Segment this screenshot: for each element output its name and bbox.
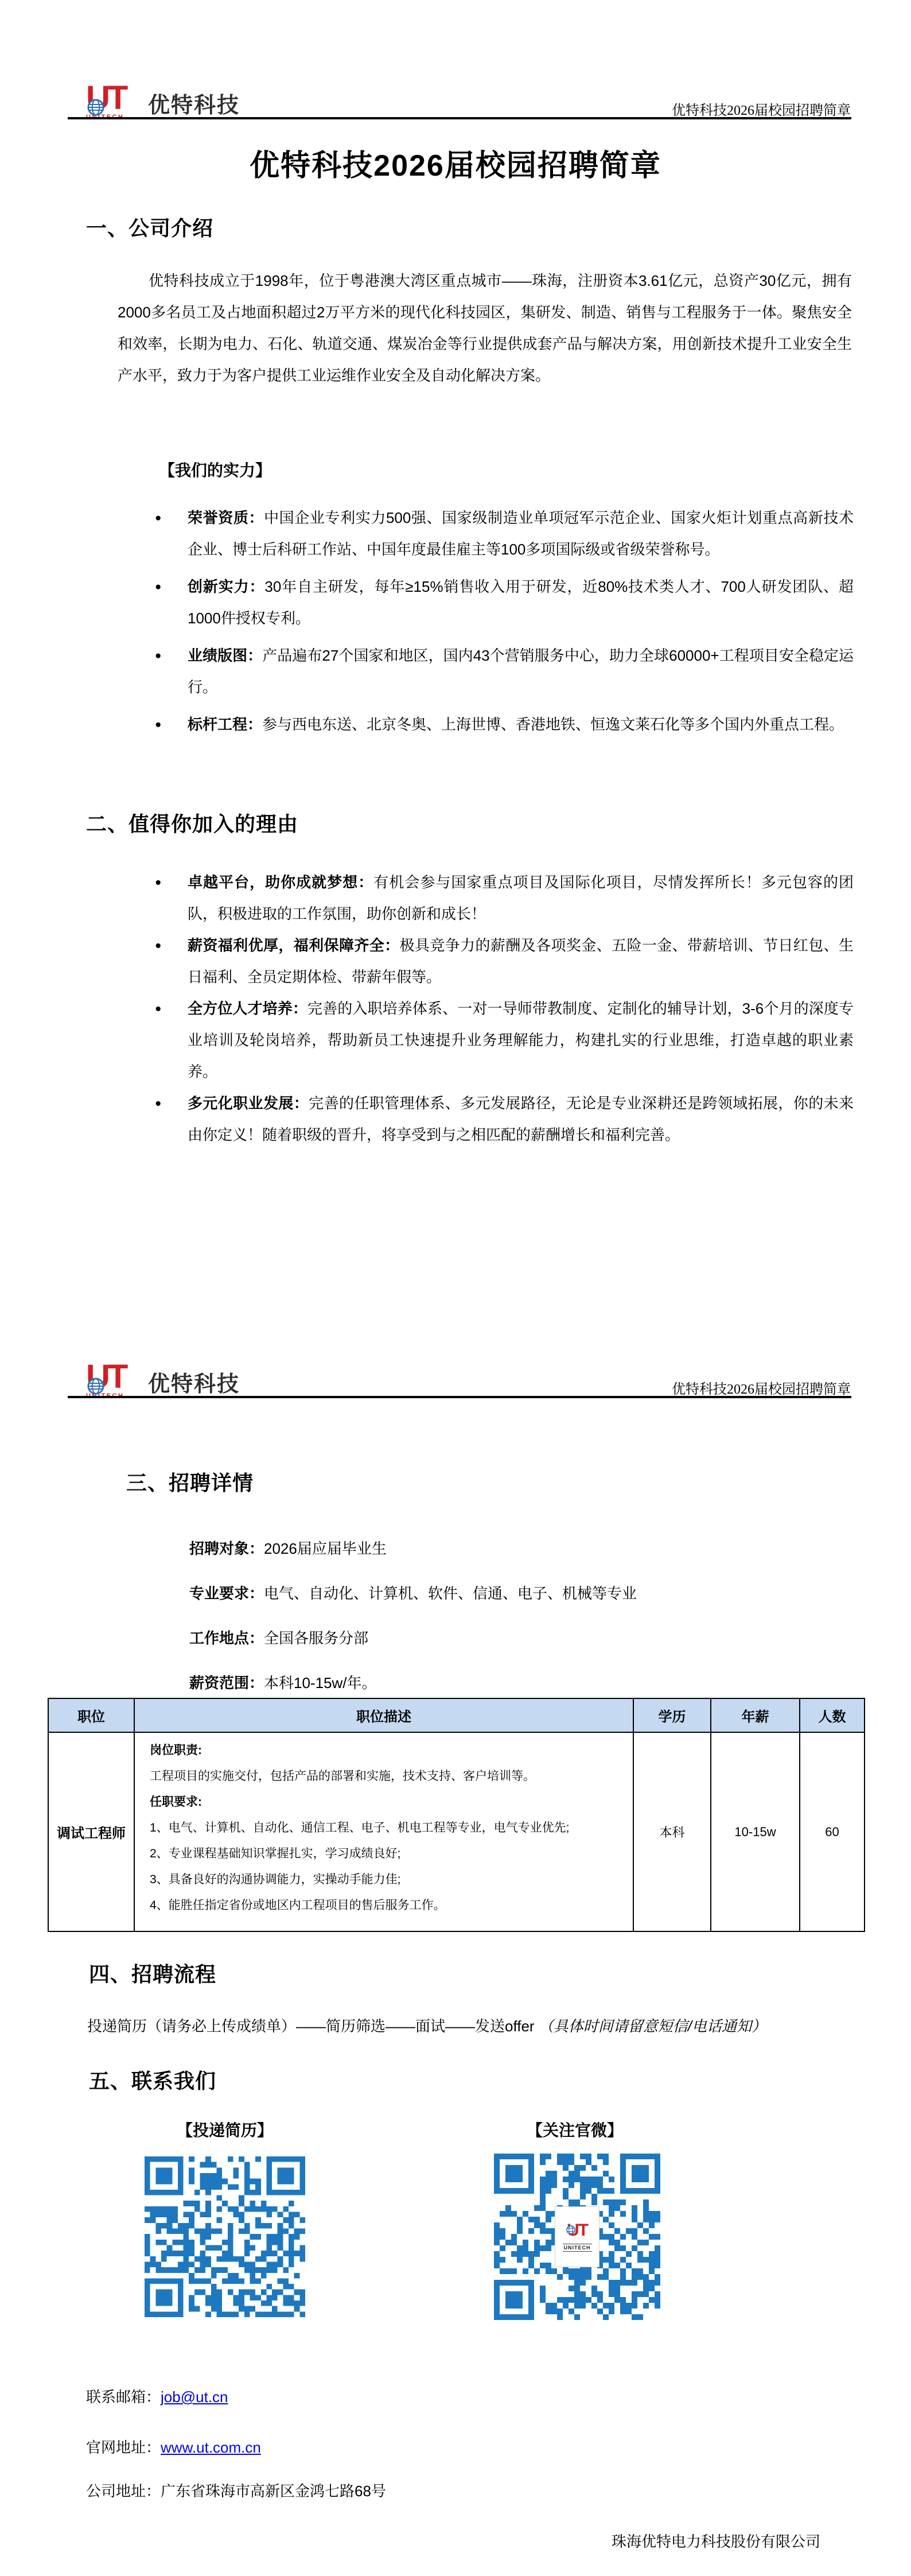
field-row: 专业要求：电气、自动化、计算机、软件、信通、电子、机械等专业 <box>189 1571 637 1616</box>
field-value: 全国各服务分部 <box>264 1630 368 1647</box>
section2-heading: 二、值得你加入的理由 <box>86 808 298 837</box>
header-rule <box>68 1396 851 1398</box>
field-value: 本科10-15w/年。 <box>264 1674 377 1692</box>
field-label: 招聘对象： <box>189 1540 264 1557</box>
bullet-text: 产品遍布27个国家和地区，国内43个营销服务中心，助力全球60000+工程项目安… <box>188 647 854 696</box>
cell-description: 岗位职责: 工程项目的实施交付，包括产品的部署和实施，技术支持、客户培训等。 任… <box>134 1732 633 1931</box>
bullet-label: 荣誉资质： <box>188 509 264 526</box>
contact-email-row: 联系邮箱：job@ut.cn <box>86 2387 228 2407</box>
section4-heading: 四、招聘流程 <box>89 1958 216 1988</box>
bullet-text: 参与西电东送、北京冬奥、上海世博、香港地铁、恒逸文莱石化等多个国内外重点工程。 <box>262 716 844 733</box>
company-logo: UT UNITECH 优特科技 <box>86 84 240 121</box>
list-item: 薪资福利优厚，福利保障齐全：极具竞争力的薪酬及各项奖金、五险一金、带薪培训、节日… <box>154 930 854 993</box>
cell-count: 60 <box>800 1732 865 1931</box>
page-title: 优特科技2026届校园招聘简章 <box>0 141 911 184</box>
address-value: 广东省珠海市高新区金鸿七路68号 <box>161 2482 386 2500</box>
email-label: 联系邮箱： <box>86 2388 161 2406</box>
qr-resume-label: 【投递简历】 <box>145 2118 305 2141</box>
col-header-position: 职位 <box>48 1698 134 1732</box>
company-signature: 珠海优特电力科技股份有限公司 <box>612 2530 820 2551</box>
req-title: 任职要求: <box>150 1789 619 1815</box>
req-item: 4、能胜任指定省份或地区内工程项目的售后服务工作。 <box>150 1892 619 1918</box>
field-label: 薪资范围： <box>189 1674 264 1692</box>
address-label: 公司地址： <box>86 2482 161 2500</box>
logo-ut-letters: UT <box>86 84 139 112</box>
req-item: 1、电气、计算机、自动化、通信工程、电子、机电工程等专业，电气专业优先; <box>150 1815 619 1841</box>
list-item: 创新实力：30年自主研发，每年≥15%销售收入用于研发，近80%技术类人才、70… <box>154 571 854 634</box>
flow-steps: 投递简历（请务必上传成绩单）——简历筛选——面试——发送offer <box>87 2018 539 2035</box>
bullet-label: 卓越平台，助你成就梦想： <box>188 874 373 891</box>
cell-salary: 10-15w <box>711 1732 800 1931</box>
logo-cn-name: 优特科技 <box>148 87 240 119</box>
bullet-label: 业绩版图： <box>188 647 262 664</box>
globe-icon <box>566 2225 575 2234</box>
table-header-row: 职位 职位描述 学历 年薪 人数 <box>48 1698 865 1732</box>
field-value: 电气、自动化、计算机、软件、信通、电子、机械等专业 <box>264 1585 637 1602</box>
company-logo: UT UNITECH 优特科技 <box>86 1363 240 1399</box>
strength-title: 【我们的实力】 <box>159 458 271 481</box>
req-item: 2、专业课程基础知识掌握扎实，学习成绩良好; <box>150 1841 619 1867</box>
qr-wechat-label: 【关注官微】 <box>489 2118 661 2141</box>
website-link[interactable]: www.ut.com.cn <box>161 2439 261 2456</box>
globe-icon <box>87 91 104 108</box>
recruit-fields: 招聘对象：2026届应届毕业生 专业要求：电气、自动化、计算机、软件、信通、电子… <box>189 1526 637 1705</box>
website-label: 官网地址： <box>86 2439 161 2456</box>
field-label: 专业要求： <box>189 1585 264 1602</box>
bullet-label: 创新实力： <box>188 578 264 595</box>
field-value: 2026届应届毕业生 <box>264 1540 387 1557</box>
strength-bullet-list: 荣誉资质：中国企业专利实力500强、国家级制造业单项冠军示范企业、国家火炬计划重… <box>154 502 854 746</box>
company-intro-paragraph: 优特科技成立于1998年，位于粤港澳大湾区重点城市——珠海，注册资本3.61亿元… <box>118 265 852 391</box>
logo-ut-letters: UT <box>86 1363 139 1391</box>
contact-website-row: 官网地址：www.ut.com.cn <box>86 2437 261 2458</box>
list-item: 业绩版图：产品遍布27个国家和地区，国内43个营销服务中心，助力全球60000+… <box>154 640 854 703</box>
reasons-bullet-list: 卓越平台，助你成就梦想：有机会参与国家重点项目及国际化项目，尽情发挥所长！多元包… <box>154 867 854 1151</box>
table-row: 调试工程师 岗位职责: 工程项目的实施交付，包括产品的部署和实施，技术支持、客户… <box>48 1732 865 1931</box>
header-doc-ref: 优特科技2026届校园招聘简章 <box>672 1378 851 1398</box>
section1-heading: 一、公司介绍 <box>86 212 213 242</box>
logo-unitech: UNITECH <box>563 2244 592 2252</box>
field-row: 工作地点：全国各服务分部 <box>189 1616 637 1661</box>
bullet-label: 全方位人才培养： <box>188 1000 307 1017</box>
email-link[interactable]: job@ut.cn <box>161 2388 228 2406</box>
list-item: 卓越平台，助你成就梦想：有机会参与国家重点项目及国际化项目，尽情发挥所长！多元包… <box>154 867 854 930</box>
col-header-salary: 年薪 <box>711 1698 800 1732</box>
logo-cn-name: 优特科技 <box>148 1366 240 1398</box>
bullet-label: 标杆工程： <box>188 716 262 733</box>
qr-code-resume <box>145 2155 305 2318</box>
logo-ut-letters: UT <box>567 2222 587 2239</box>
globe-icon <box>87 1370 104 1387</box>
contact-address-row: 公司地址：广东省珠海市高新区金鸿七路68号 <box>86 2481 386 2501</box>
qr-resume-pattern <box>145 2155 305 2318</box>
document-page: UT UNITECH 优特科技 优特科技2026届校园招聘简章 优特科技2026… <box>0 0 911 2576</box>
header-rule <box>68 117 851 119</box>
list-item: 荣誉资质：中国企业专利实力500强、国家级制造业单项冠军示范企业、国家火炬计划重… <box>154 502 854 565</box>
header-doc-ref: 优特科技2026届校园招聘简章 <box>672 99 851 119</box>
list-item: 多元化职业发展：完善的任职管理体系、多元发展路径，无论是专业深耕还是跨领域拓展，… <box>154 1088 854 1151</box>
cell-degree: 本科 <box>633 1732 711 1931</box>
bullet-label: 薪资福利优厚，福利保障齐全： <box>188 937 400 954</box>
field-row: 招聘对象：2026届应届毕业生 <box>189 1526 637 1571</box>
positions-table: 职位 职位描述 学历 年薪 人数 调试工程师 岗位职责: 工程项目的实施交付，包… <box>48 1698 865 1932</box>
qr-center-logo: UT UNITECH <box>555 2206 599 2267</box>
recruit-flow: 投递简历（请务必上传成绩单）——简历筛选——面试——发送offer （具体时间请… <box>87 2012 766 2040</box>
cell-position: 调试工程师 <box>48 1732 134 1931</box>
col-header-description: 职位描述 <box>134 1698 633 1732</box>
field-label: 工作地点： <box>189 1630 264 1647</box>
flow-note: （具体时间请留意短信/电话通知） <box>539 2018 766 2035</box>
duty-text: 工程项目的实施交付，包括产品的部署和实施，技术支持、客户培训等。 <box>150 1763 619 1789</box>
duty-title: 岗位职责: <box>150 1737 619 1763</box>
bullet-label: 多元化职业发展： <box>188 1095 309 1112</box>
list-item: 标杆工程：参与西电东送、北京冬奥、上海世博、香港地铁、恒逸文莱石化等多个国内外重… <box>154 709 854 740</box>
col-header-count: 人数 <box>800 1698 865 1732</box>
bullet-text: 中国企业专利实力500强、国家级制造业单项冠军示范企业、国家火炬计划重点高新技术… <box>188 509 854 558</box>
list-item: 全方位人才培养：完善的入职培养体系、一对一导师带教制度、定制化的辅导计划，3-6… <box>154 993 854 1088</box>
bullet-text: 30年自主研发，每年≥15%销售收入用于研发，近80%技术类人才、700人研发团… <box>188 578 854 627</box>
section5-heading: 五、联系我们 <box>89 2065 216 2094</box>
qr-code-wechat: UT UNITECH <box>494 2154 660 2320</box>
col-header-degree: 学历 <box>633 1698 711 1732</box>
req-item: 3、具备良好的沟通协调能力，实操动手能力佳; <box>150 1867 619 1892</box>
section3-heading: 三、招聘详情 <box>126 1467 254 1496</box>
